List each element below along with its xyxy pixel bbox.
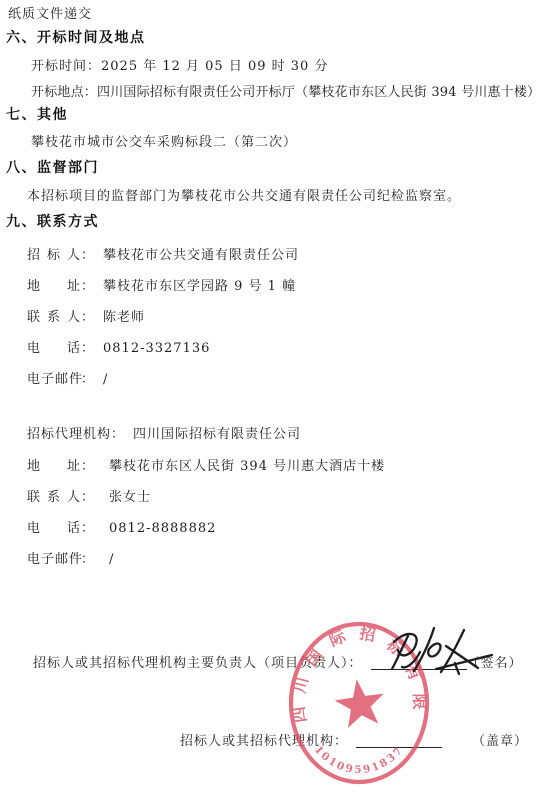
contact-label: 联系人: [27, 486, 81, 505]
tenderer-contact-person-row: 联系人：陈老师: [27, 306, 145, 325]
seal-star-icon: [332, 676, 387, 729]
colon: ：: [81, 486, 95, 505]
contact-value: 0812-3327136: [103, 341, 210, 356]
contact-value: 四川国际招标有限责任公司: [133, 427, 301, 442]
contact-label: 电话: [27, 337, 81, 356]
contact-label: 招标人: [27, 244, 81, 263]
tenderer-phone-row: 电话：0812-3327136: [27, 337, 210, 356]
contact-label: 电子邮件: [27, 548, 81, 567]
contact-value: /: [109, 552, 114, 567]
bid-opening-time: 开标时间：2025 年 12 月 05 日 09 时 30 分: [31, 58, 328, 75]
seal-suffix: （盖章）: [472, 734, 528, 749]
supervision-note: 本招标项目的监督部门为攀枝花市公共交通有限责任公司纪检监察室。: [27, 188, 461, 205]
colon: ：: [81, 455, 95, 474]
tenderer-email-row: 电子邮件：/: [27, 368, 108, 387]
section-heading-7: 七、其他: [6, 107, 68, 124]
contact-label: 地址: [27, 455, 81, 474]
contact-value: 张女士: [109, 490, 151, 505]
contact-value: 攀枝花市公共交通有限责任公司: [103, 248, 299, 263]
colon: ：: [81, 306, 95, 325]
signature-scribble: [386, 622, 506, 680]
other-note: 攀枝花市城市公交车采购标段二（第二次）: [31, 134, 297, 151]
colon: ：: [81, 517, 95, 536]
contact-value: 陈老师: [103, 310, 145, 325]
colon: ：: [81, 275, 95, 294]
section-heading-6: 六、开标时间及地点: [6, 30, 146, 47]
contact-value: 攀枝花市东区学园路 9 号 1 幢: [103, 279, 296, 294]
tenderer-name-row: 招标人：攀枝花市公共交通有限责任公司: [27, 244, 299, 263]
agency-email-row: 电子邮件：/: [27, 548, 114, 567]
bid-opening-place: 开标地点：四川国际招标有限责任公司开标厅（攀枝花市东区人民街 394 号川惠十楼…: [31, 84, 540, 101]
agency-contact-person-row: 联系人：张女士: [27, 486, 151, 505]
colon: ：: [81, 368, 95, 387]
colon: ：: [111, 423, 125, 442]
agency-address-row: 地址：攀枝花市东区人民街 394 号川惠大酒店十楼: [27, 455, 385, 474]
agency-name-row: 招标代理机构：四川国际招标有限责任公司: [27, 423, 301, 442]
tenderer-address-row: 地址：攀枝花市东区学园路 9 号 1 幢: [27, 275, 296, 294]
contact-value: /: [103, 372, 108, 387]
section-heading-8: 八、监督部门: [6, 160, 99, 177]
contact-value: 攀枝花市东区人民街 394 号川惠大酒店十楼: [109, 459, 385, 474]
contact-label: 电话: [27, 517, 81, 536]
contact-label: 招标代理机构: [27, 423, 111, 442]
paper-submission-note: 纸质文件递交: [8, 6, 92, 23]
contact-value: 0812-8888882: [109, 521, 216, 536]
section-heading-9: 九、联系方式: [6, 214, 99, 231]
contact-label: 联系人: [27, 306, 81, 325]
colon: ：: [81, 548, 95, 567]
colon: ：: [81, 337, 95, 356]
document-page: 纸质文件递交 六、开标时间及地点 开标时间：2025 年 12 月 05 日 0…: [0, 0, 550, 793]
contact-label: 电子邮件: [27, 368, 81, 387]
agency-phone-row: 电话：0812-8888882: [27, 517, 216, 536]
colon: ：: [81, 244, 95, 263]
contact-label: 地址: [27, 275, 81, 294]
